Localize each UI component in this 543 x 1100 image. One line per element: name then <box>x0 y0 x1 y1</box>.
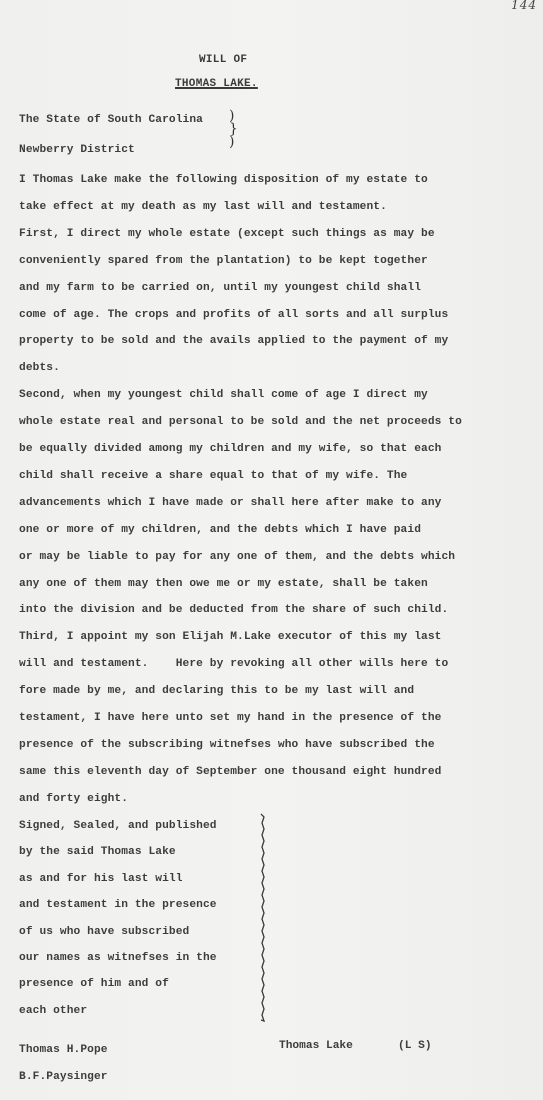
attestation-line: presence of him and of <box>19 978 169 990</box>
attestation-line: as and for his last will <box>19 873 183 885</box>
testator-signature: Thomas Lake <box>279 1040 353 1052</box>
document-page: 144 WILL OF THOMAS LAKE. The State of So… <box>0 0 543 1100</box>
document-title: WILL OF <box>199 54 247 66</box>
body-line: one or more of my children, and the debt… <box>19 524 421 536</box>
body-line: any one of them may then owe me or my es… <box>19 578 428 590</box>
testator-name-heading: THOMAS LAKE. <box>175 78 258 90</box>
body-line: come of age. The crops and profits of al… <box>19 309 448 321</box>
attestation-line: and testament in the presence <box>19 899 217 911</box>
witness-2: B.F.Paysinger <box>19 1071 108 1083</box>
body-line: Second, when my youngest child shall com… <box>19 389 428 401</box>
body-line: take effect at my death as my last will … <box>19 201 387 213</box>
body-line: child shall receive a share equal to tha… <box>19 470 407 482</box>
body-line: First, I direct my whole estate (except … <box>19 228 435 240</box>
body-line: and forty eight. <box>19 793 128 805</box>
witness-1: Thomas H.Pope <box>19 1044 108 1056</box>
folio-number: 144 <box>511 0 537 12</box>
caption-brace-icon: )}) <box>229 110 238 149</box>
attestation-brace-icon <box>258 812 272 1022</box>
body-line: be equally divided among my children and… <box>19 443 441 455</box>
body-line: conveniently spared from the plantation)… <box>19 255 428 267</box>
body-line: I Thomas Lake make the following disposi… <box>19 174 428 186</box>
attestation-line: Signed, Sealed, and published <box>19 820 217 832</box>
body-line: and my farm to be carried on, until my y… <box>19 282 421 294</box>
body-line: debts. <box>19 362 60 374</box>
body-line: fore made by me, and declaring this to b… <box>19 685 414 697</box>
body-line: advancements which I have made or shall … <box>19 497 441 509</box>
caption-state: The State of South Carolina <box>19 114 203 126</box>
caption-district: Newberry District <box>19 144 135 156</box>
attestation-line: our names as witnefses in the <box>19 952 217 964</box>
body-line: into the division and be deducted from t… <box>19 604 448 616</box>
body-line: testament, I have here unto set my hand … <box>19 712 441 724</box>
body-line: whole estate real and personal to be sol… <box>19 416 462 428</box>
attestation-line: by the said Thomas Lake <box>19 846 176 858</box>
body-line: Third, I appoint my son Elijah M.Lake ex… <box>19 631 441 643</box>
attestation-line: each other <box>19 1005 87 1017</box>
body-line: will and testament. Here by revoking all… <box>19 658 448 670</box>
body-line: property to be sold and the avails appli… <box>19 335 448 347</box>
attestation-line: of us who have subscribed <box>19 926 189 938</box>
body-line: or may be liable to pay for any one of t… <box>19 551 455 563</box>
seal-mark: (L S) <box>398 1040 432 1052</box>
body-line: same this eleventh day of September one … <box>19 766 441 778</box>
body-line: presence of the subscribing witnefses wh… <box>19 739 435 751</box>
